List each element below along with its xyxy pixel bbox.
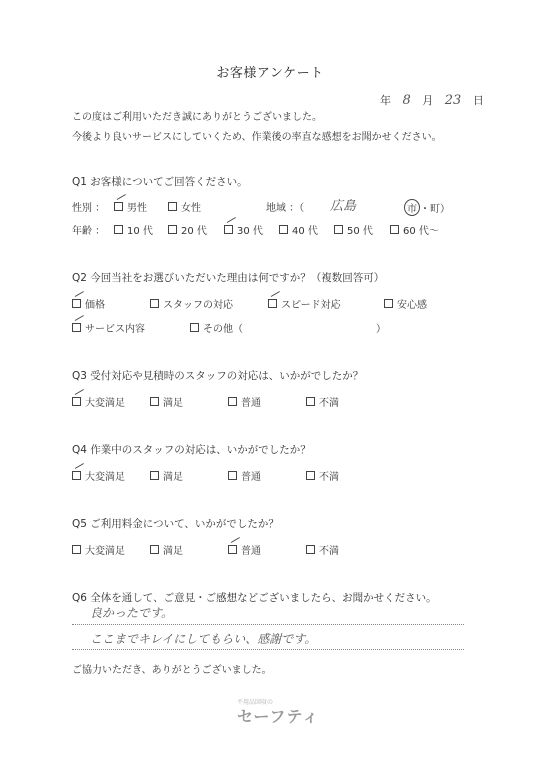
answer-line-divider bbox=[72, 649, 464, 650]
checkbox-icon[interactable] bbox=[228, 397, 237, 406]
age-option-40[interactable]: 40 代 bbox=[279, 222, 318, 237]
checkbox-icon[interactable] bbox=[72, 545, 81, 554]
q5-option-very-satisfied[interactable]: 大変満足 bbox=[72, 542, 125, 557]
checkbox-icon[interactable] bbox=[150, 471, 159, 480]
age-option-60[interactable]: 60 代～ bbox=[390, 222, 439, 237]
city-circled: 市 bbox=[404, 199, 420, 216]
date-field: 年 8 月 23 日 bbox=[380, 92, 484, 108]
closing-message: ご協力いただき、ありがとうございました。 bbox=[72, 661, 272, 676]
q1-question: Q1 お客様についてご回答ください。 bbox=[72, 174, 248, 189]
gender-label: 性別 ： bbox=[72, 199, 105, 214]
q2-question: Q2 今回当社をお選びいただいた理由は何ですか？（複数回答可） bbox=[72, 270, 384, 285]
month-label: 月 bbox=[422, 94, 433, 107]
day-value[interactable]: 23 bbox=[445, 93, 462, 108]
age-option-20[interactable]: 20 代 bbox=[168, 222, 207, 237]
q2-option-price[interactable]: 価格 bbox=[72, 296, 105, 311]
logo: セーフティ bbox=[237, 704, 319, 727]
checkbox-checked-icon[interactable] bbox=[268, 299, 277, 308]
checkbox-icon[interactable] bbox=[190, 323, 199, 332]
checkbox-icon[interactable] bbox=[168, 225, 177, 234]
q2-option-reassurance[interactable]: 安心感 bbox=[384, 296, 427, 311]
intro-line-2: 今後より良いサービスにしていくため、作業後の率直な感想をお聞かせください。 bbox=[72, 128, 442, 143]
checkbox-icon[interactable] bbox=[306, 471, 315, 480]
checkbox-checked-icon[interactable] bbox=[72, 323, 81, 332]
region-label: 地域 ：（ bbox=[266, 199, 304, 214]
year-label: 年 bbox=[380, 94, 391, 107]
q6-answer-line-1[interactable]: 良かったです。 bbox=[90, 604, 173, 621]
q5-question: Q5 ご利用料金について、いかがでしたか？ bbox=[72, 516, 279, 531]
checkbox-icon[interactable] bbox=[114, 225, 123, 234]
checkbox-icon[interactable] bbox=[390, 225, 399, 234]
checkbox-icon[interactable] bbox=[334, 225, 343, 234]
checkbox-checked-icon[interactable] bbox=[72, 299, 81, 308]
age-option-30[interactable]: 30 代 bbox=[224, 222, 263, 237]
q6-question: Q6 全体を通して、ご意見・ご感想などございましたら、お聞かせください。 bbox=[72, 590, 437, 605]
checkbox-checked-icon[interactable] bbox=[114, 202, 123, 211]
q2-option-staff[interactable]: スタッフの対応 bbox=[150, 296, 233, 311]
q4-option-neutral[interactable]: 普通 bbox=[228, 468, 261, 483]
checkbox-checked-icon[interactable] bbox=[72, 471, 81, 480]
q4-option-dissatisfied[interactable]: 不満 bbox=[306, 468, 339, 483]
survey-title: お客様アンケート bbox=[0, 62, 540, 81]
checkbox-icon[interactable] bbox=[384, 299, 393, 308]
day-label: 日 bbox=[473, 94, 484, 107]
q3-option-satisfied[interactable]: 満足 bbox=[150, 394, 183, 409]
checkbox-icon[interactable] bbox=[150, 299, 159, 308]
q5-option-neutral[interactable]: 普通 bbox=[228, 542, 261, 557]
q5-option-dissatisfied[interactable]: 不満 bbox=[306, 542, 339, 557]
q3-option-very-satisfied[interactable]: 大変満足 bbox=[72, 394, 125, 409]
checkbox-checked-icon[interactable] bbox=[72, 397, 81, 406]
q4-option-very-satisfied[interactable]: 大変満足 bbox=[72, 468, 125, 483]
q6-answer-line-2[interactable]: ここまでキレイにしてもらい、感謝です。 bbox=[90, 630, 316, 647]
q2-option-speed[interactable]: スピード対応 bbox=[268, 296, 341, 311]
checkbox-icon[interactable] bbox=[306, 397, 315, 406]
month-value[interactable]: 8 bbox=[403, 93, 411, 108]
region-suffix: 市・町） bbox=[404, 199, 450, 216]
q3-question: Q3 受付対応や見積時のスタッフの対応は、いかがでしたか？ bbox=[72, 368, 363, 383]
checkbox-icon[interactable] bbox=[150, 397, 159, 406]
age-option-50[interactable]: 50 代 bbox=[334, 222, 373, 237]
checkbox-icon[interactable] bbox=[150, 545, 159, 554]
age-label: 年齢 ： bbox=[72, 222, 105, 237]
checkbox-icon[interactable] bbox=[306, 545, 315, 554]
checkbox-icon[interactable] bbox=[228, 471, 237, 480]
q2-other-close: ） bbox=[376, 320, 386, 335]
q3-option-neutral[interactable]: 普通 bbox=[228, 394, 261, 409]
region-value[interactable]: 広島 bbox=[330, 195, 356, 214]
intro-line-1: この度はご利用いただき誠にありがとうございました。 bbox=[72, 108, 322, 123]
q3-option-dissatisfied[interactable]: 不満 bbox=[306, 394, 339, 409]
q4-option-satisfied[interactable]: 満足 bbox=[150, 468, 183, 483]
checkbox-icon[interactable] bbox=[168, 202, 177, 211]
gender-option-male[interactable]: 男性 bbox=[114, 199, 147, 214]
q5-option-satisfied[interactable]: 満足 bbox=[150, 542, 183, 557]
checkbox-icon[interactable] bbox=[279, 225, 288, 234]
checkbox-checked-icon[interactable] bbox=[228, 545, 237, 554]
gender-option-female[interactable]: 女性 bbox=[168, 199, 201, 214]
age-option-10[interactable]: 10 代 bbox=[114, 222, 153, 237]
q2-option-other[interactable]: その他（ bbox=[190, 320, 243, 335]
q4-question: Q4 作業中のスタッフの対応は、いかがでしたか？ bbox=[72, 442, 311, 457]
checkbox-checked-icon[interactable] bbox=[224, 225, 233, 234]
answer-line-divider bbox=[72, 624, 464, 625]
q2-option-service[interactable]: サービス内容 bbox=[72, 320, 145, 335]
